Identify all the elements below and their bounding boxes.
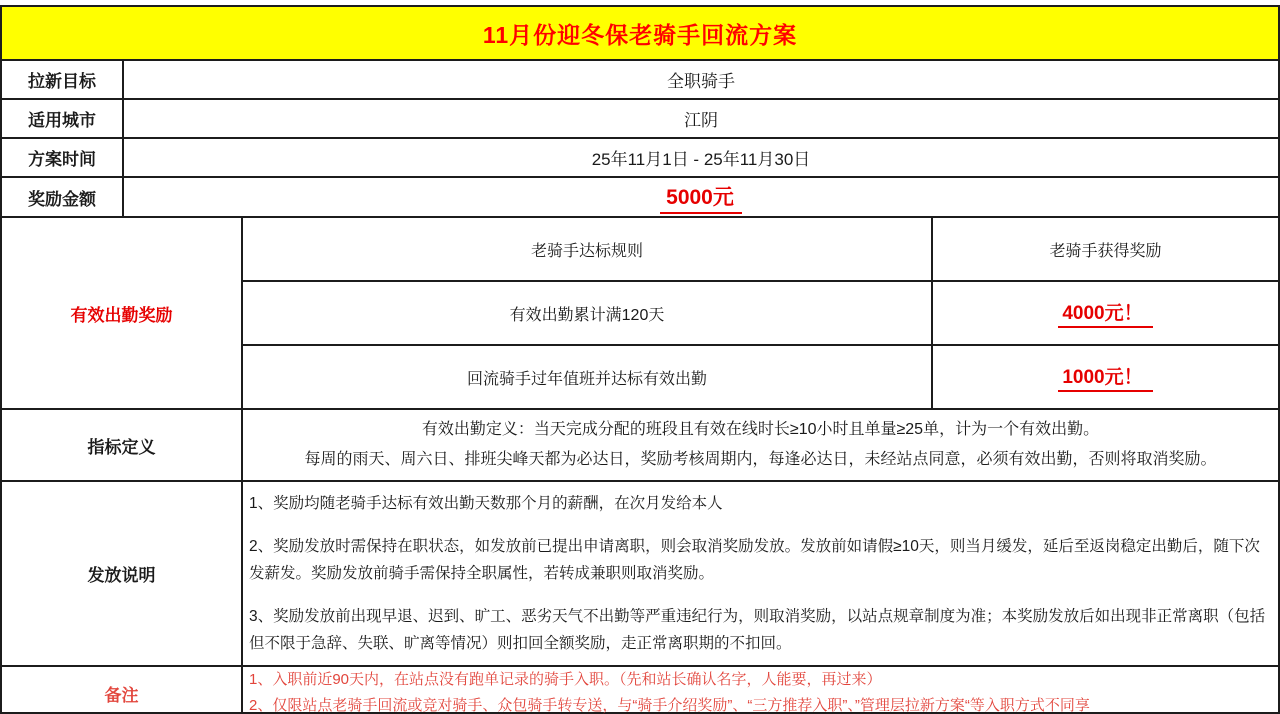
payment-term-item: 2、奖励发放时需保持在职状态，如发放前已提出申请离职，则会取消奖励发放。发放前如… <box>249 533 1270 587</box>
page-title: 11月份迎冬保老骑手回流方案 <box>2 7 1278 59</box>
row-label-metric-definition: 指标定义 <box>2 410 243 480</box>
row-value-plan-period: 25年11月1日 - 25年11月30日 <box>124 139 1278 176</box>
table-row-plan-period: 方案时间 25年11月1日 - 25年11月30日 <box>2 137 1278 176</box>
remark-content: 1、入职前近90天内，在站点没有跑单记录的骑手入职。（先和站长确认名字，人能要，… <box>243 667 1278 714</box>
section-label-attendance-reward: 有效出勤奖励 <box>2 218 243 408</box>
attendance-reward-newyear-duty: 1000元！ <box>1058 362 1152 392</box>
attendance-rule-120days: 有效出勤累计满120天 <box>243 282 933 344</box>
attendance-header-row: 老骑手达标规则 老骑手获得奖励 <box>243 218 1278 280</box>
payment-term-item: 3、奖励发放前出现早退、迟到、旷工、恶劣天气不出勤等严重违纪行为，则取消奖励，以… <box>249 603 1270 657</box>
row-label-city: 适用城市 <box>2 100 124 137</box>
attendance-row-120days: 有效出勤累计满120天 4000元！ <box>243 280 1278 344</box>
row-value-city: 江阴 <box>124 100 1278 137</box>
attendance-reward-section: 有效出勤奖励 老骑手达标规则 老骑手获得奖励 有效出勤累计满120天 4000元… <box>2 216 1278 408</box>
remark-line: 1、入职前近90天内，在站点没有跑单记录的骑手入职。（先和站长确认名字，人能要，… <box>249 667 1278 693</box>
column-header-rule: 老骑手达标规则 <box>243 218 933 280</box>
metric-definition-line: 有效出勤定义：当天完成分配的班段且有效在线时长≥10小时且单量≥25单，计为一个… <box>422 415 1099 445</box>
column-header-reward: 老骑手获得奖励 <box>933 218 1278 280</box>
table-row-city: 适用城市 江阴 <box>2 98 1278 137</box>
metric-definition-content: 有效出勤定义：当天完成分配的班段且有效在线时长≥10小时且单量≥25单，计为一个… <box>243 410 1278 480</box>
row-label-remark: 备注 <box>2 667 243 714</box>
table-row-recruit-target: 拉新目标 全职骑手 <box>2 59 1278 98</box>
rider-return-plan-table: 11月份迎冬保老骑手回流方案 拉新目标 全职骑手 适用城市 江阴 方案时间 25… <box>0 5 1280 714</box>
row-label-reward-amount: 奖励金额 <box>2 178 124 216</box>
attendance-rule-newyear-duty: 回流骑手过年值班并达标有效出勤 <box>243 346 933 408</box>
remark-row: 备注 1、入职前近90天内，在站点没有跑单记录的骑手入职。（先和站长确认名字，人… <box>2 665 1278 714</box>
attendance-reward-cell: 1000元！ <box>933 346 1278 408</box>
table-row-reward-amount: 奖励金额 5000元 <box>2 176 1278 216</box>
attendance-reward-grid: 老骑手达标规则 老骑手获得奖励 有效出勤累计满120天 4000元！ 回流骑手过… <box>243 218 1278 408</box>
metric-definition-row: 指标定义 有效出勤定义：当天完成分配的班段且有效在线时长≥10小时且单量≥25单… <box>2 408 1278 480</box>
row-label-plan-period: 方案时间 <box>2 139 124 176</box>
payment-terms-content: 1、奖励均随老骑手达标有效出勤天数那个月的薪酬，在次月发给本人 2、奖励发放时需… <box>243 482 1278 665</box>
row-value-recruit-target: 全职骑手 <box>124 61 1278 98</box>
attendance-reward-cell: 4000元！ <box>933 282 1278 344</box>
attendance-reward-120days: 4000元！ <box>1058 298 1152 328</box>
attendance-row-newyear-duty: 回流骑手过年值班并达标有效出勤 1000元！ <box>243 344 1278 408</box>
row-label-payment-terms: 发放说明 <box>2 482 243 665</box>
row-label-recruit-target: 拉新目标 <box>2 61 124 98</box>
metric-definition-line: 每周的雨天、周六日、排班尖峰天都为必达日，奖励考核周期内，每逢必达日，未经站点同… <box>304 445 1216 475</box>
payment-terms-row: 发放说明 1、奖励均随老骑手达标有效出勤天数那个月的薪酬，在次月发给本人 2、奖… <box>2 480 1278 665</box>
payment-term-item: 1、奖励均随老骑手达标有效出勤天数那个月的薪酬，在次月发给本人 <box>249 490 1270 517</box>
row-value-reward-amount: 5000元 <box>124 178 1278 216</box>
total-reward-amount: 5000元 <box>660 181 742 214</box>
remark-line: 2、仅限站点老骑手回流或竞对骑手、众包骑手转专送，与“骑手介绍奖励”、“三方推荐… <box>249 693 1278 714</box>
